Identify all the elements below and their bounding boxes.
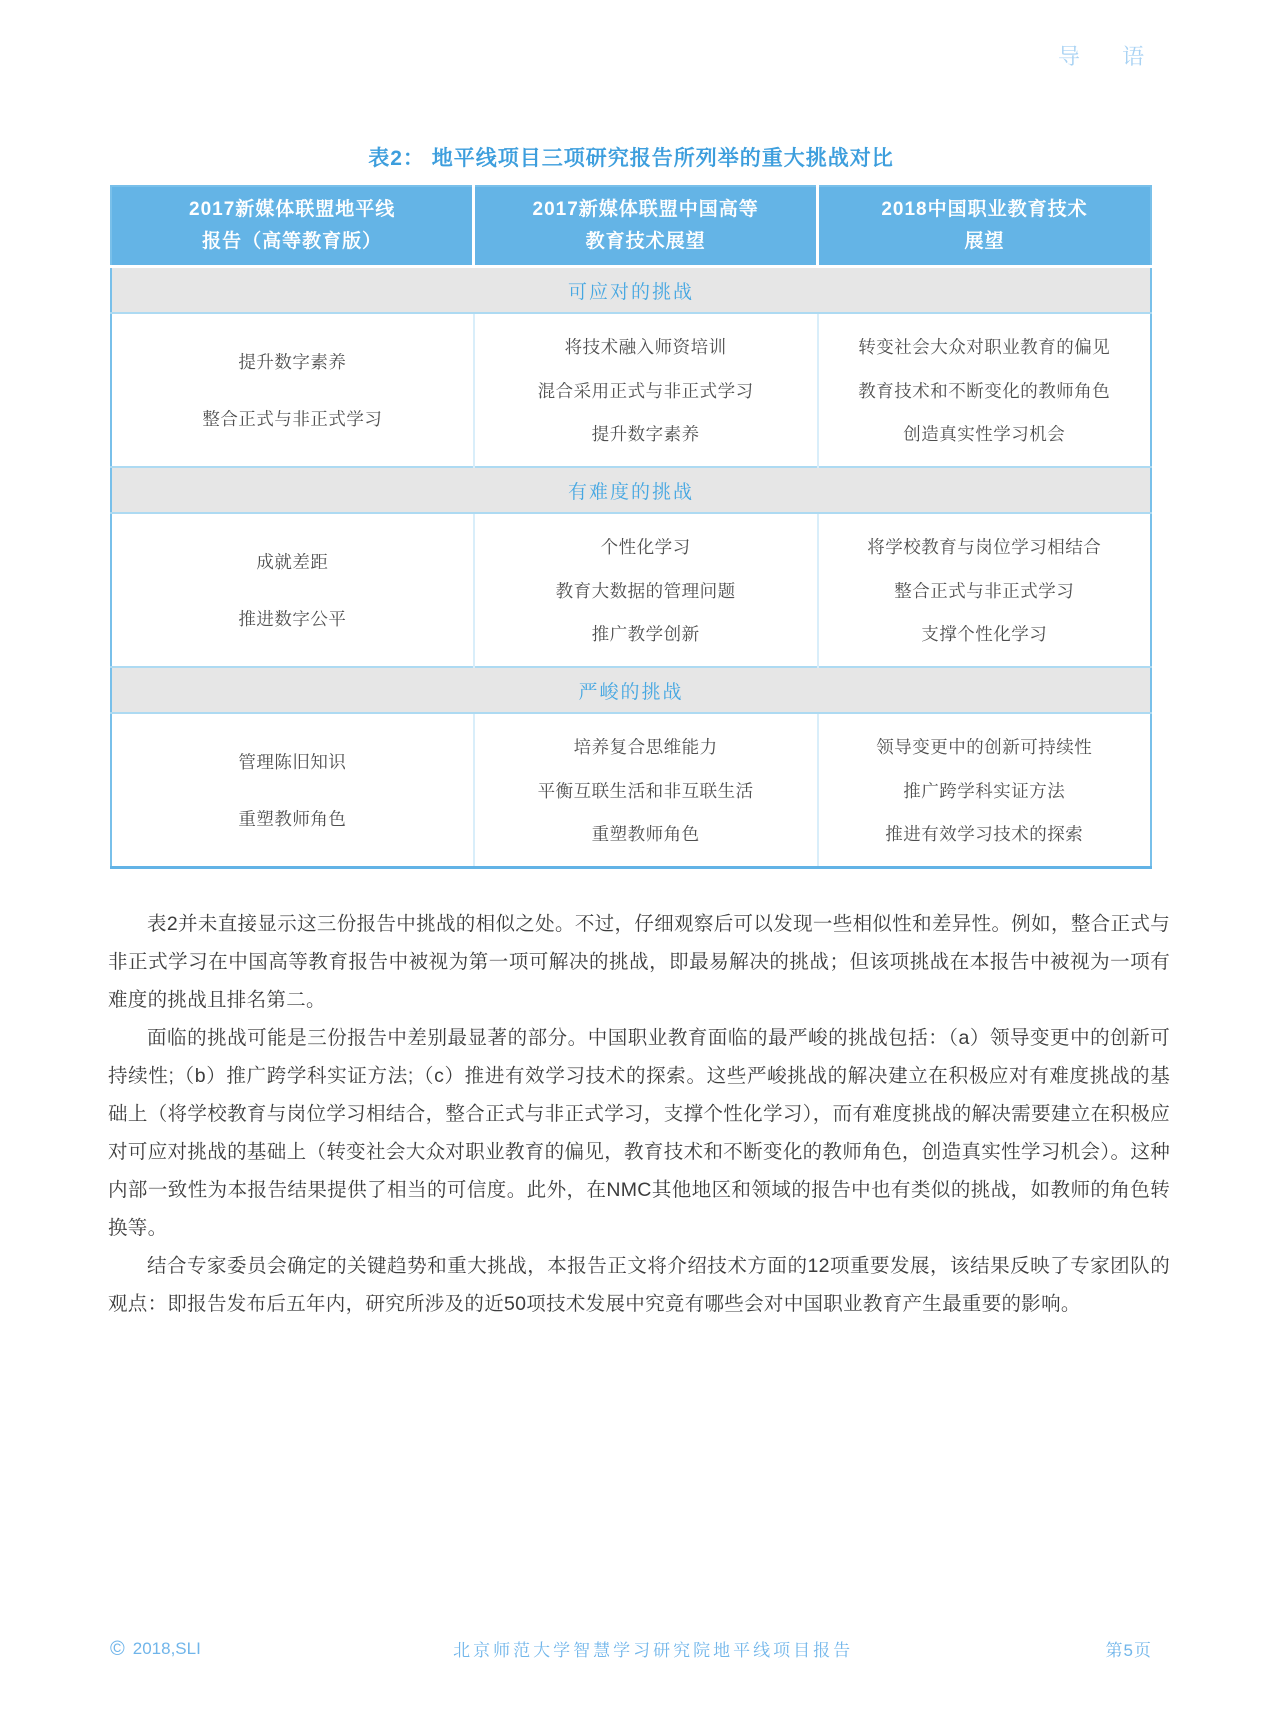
table-header-row: 2017新媒体联盟地平线 报告（高等教育版） 2017新媒体联盟中国高等 教育技… [111, 186, 1151, 267]
section-row-difficult: 有难度的挑战 [111, 467, 1151, 513]
challenge-item: 推进有效学习技术的探索 [827, 821, 1143, 846]
section-row-solvable: 可应对的挑战 [111, 267, 1151, 314]
table-cell: 将学校教育与岗位学习相结合 整合正式与非正式学习 支撑个性化学习 [818, 513, 1152, 667]
table-cell: 培养复合思维能力 平衡互联生活和非互联生活 重塑教师角色 [474, 713, 818, 868]
column-header-2017-horizon: 2017新媒体联盟地平线 报告（高等教育版） [111, 186, 474, 267]
footer-page-number: 第5页 [1106, 1636, 1152, 1661]
challenge-item: 教育大数据的管理问题 [483, 578, 809, 603]
challenge-item: 提升数字素养 [120, 349, 465, 374]
challenge-item: 支撑个性化学习 [827, 621, 1143, 646]
table-cell: 领导变更中的创新可持续性 推广跨学科实证方法 推进有效学习技术的探索 [818, 713, 1152, 868]
challenge-item: 整合正式与非正式学习 [827, 578, 1143, 603]
footer-report-title: 北京师范大学智慧学习研究院地平线项目报告 [453, 1636, 853, 1661]
challenge-item: 个性化学习 [483, 534, 809, 559]
challenge-item: 成就差距 [120, 549, 465, 574]
report-page: 导 语 表2： 地平线项目三项研究报告所列举的重大挑战对比 2017新媒体联盟地… [0, 0, 1276, 1718]
challenge-item: 推进数字公平 [120, 606, 465, 631]
challenge-item: 平衡互联生活和非互联生活 [483, 778, 809, 803]
challenge-item: 整合正式与非正式学习 [120, 406, 465, 431]
page-footer: © 2018,SLI 北京师范大学智慧学习研究院地平线项目报告 第5页 [110, 1636, 1152, 1661]
footer-copyright: © 2018,SLI [110, 1639, 201, 1659]
table-cell: 将技术融入师资培训 混合采用正式与非正式学习 提升数字素养 [474, 313, 818, 467]
section-label-daoyu: 导 语 [1058, 40, 1162, 71]
challenge-item: 提升数字素养 [483, 421, 809, 446]
table-title: 表2： 地平线项目三项研究报告所列举的重大挑战对比 [110, 142, 1152, 172]
section-label: 有难度的挑战 [111, 467, 1151, 513]
challenge-item: 转变社会大众对职业教育的偏见 [827, 334, 1143, 359]
challenge-item: 重塑教师角色 [120, 806, 465, 831]
challenge-item: 推广教学创新 [483, 621, 809, 646]
body-text: 表2并未直接显示这三份报告中挑战的相似之处。不过，仔细观察后可以发现一些相似性和… [108, 905, 1170, 1323]
table-cell: 提升数字素养 整合正式与非正式学习 [111, 313, 474, 467]
copyright-text: 2018,SLI [133, 1639, 201, 1659]
challenge-item: 创造真实性学习机会 [827, 421, 1143, 446]
section-row-wicked: 严峻的挑战 [111, 667, 1151, 713]
paragraph: 表2并未直接显示这三份报告中挑战的相似之处。不过，仔细观察后可以发现一些相似性和… [108, 905, 1170, 1019]
challenge-item: 教育技术和不断变化的教师角色 [827, 378, 1143, 403]
table-row: 管理陈旧知识 重塑教师角色 培养复合思维能力 平衡互联生活和非互联生活 重塑教师… [111, 713, 1151, 868]
paragraph: 面临的挑战可能是三份报告中差别最显著的部分。中国职业教育面临的最严峻的挑战包括：… [108, 1019, 1170, 1247]
table-row: 提升数字素养 整合正式与非正式学习 将技术融入师资培训 混合采用正式与非正式学习… [111, 313, 1151, 467]
table-cell: 成就差距 推进数字公平 [111, 513, 474, 667]
section-label: 严峻的挑战 [111, 667, 1151, 713]
challenge-item: 将技术融入师资培训 [483, 334, 809, 359]
challenge-item: 将学校教育与岗位学习相结合 [827, 534, 1143, 559]
challenge-item: 重塑教师角色 [483, 821, 809, 846]
challenge-item: 混合采用正式与非正式学习 [483, 378, 809, 403]
table-cell: 转变社会大众对职业教育的偏见 教育技术和不断变化的教师角色 创造真实性学习机会 [818, 313, 1152, 467]
column-header-2018-vocational: 2018中国职业教育技术 展望 [818, 186, 1152, 267]
table-cell: 管理陈旧知识 重塑教师角色 [111, 713, 474, 868]
section-label: 可应对的挑战 [111, 267, 1151, 314]
challenge-item: 培养复合思维能力 [483, 734, 809, 759]
paragraph: 结合专家委员会确定的关键趋势和重大挑战，本报告正文将介绍技术方面的12项重要发展… [108, 1247, 1170, 1323]
challenges-comparison-table: 2017新媒体联盟地平线 报告（高等教育版） 2017新媒体联盟中国高等 教育技… [110, 185, 1152, 869]
table-row: 成就差距 推进数字公平 个性化学习 教育大数据的管理问题 推广教学创新 将学校教… [111, 513, 1151, 667]
copyright-icon: © [110, 1639, 125, 1659]
table-cell: 个性化学习 教育大数据的管理问题 推广教学创新 [474, 513, 818, 667]
challenge-item: 领导变更中的创新可持续性 [827, 734, 1143, 759]
column-header-2017-china-he: 2017新媒体联盟中国高等 教育技术展望 [474, 186, 818, 267]
challenge-item: 推广跨学科实证方法 [827, 778, 1143, 803]
challenge-item: 管理陈旧知识 [120, 749, 465, 774]
